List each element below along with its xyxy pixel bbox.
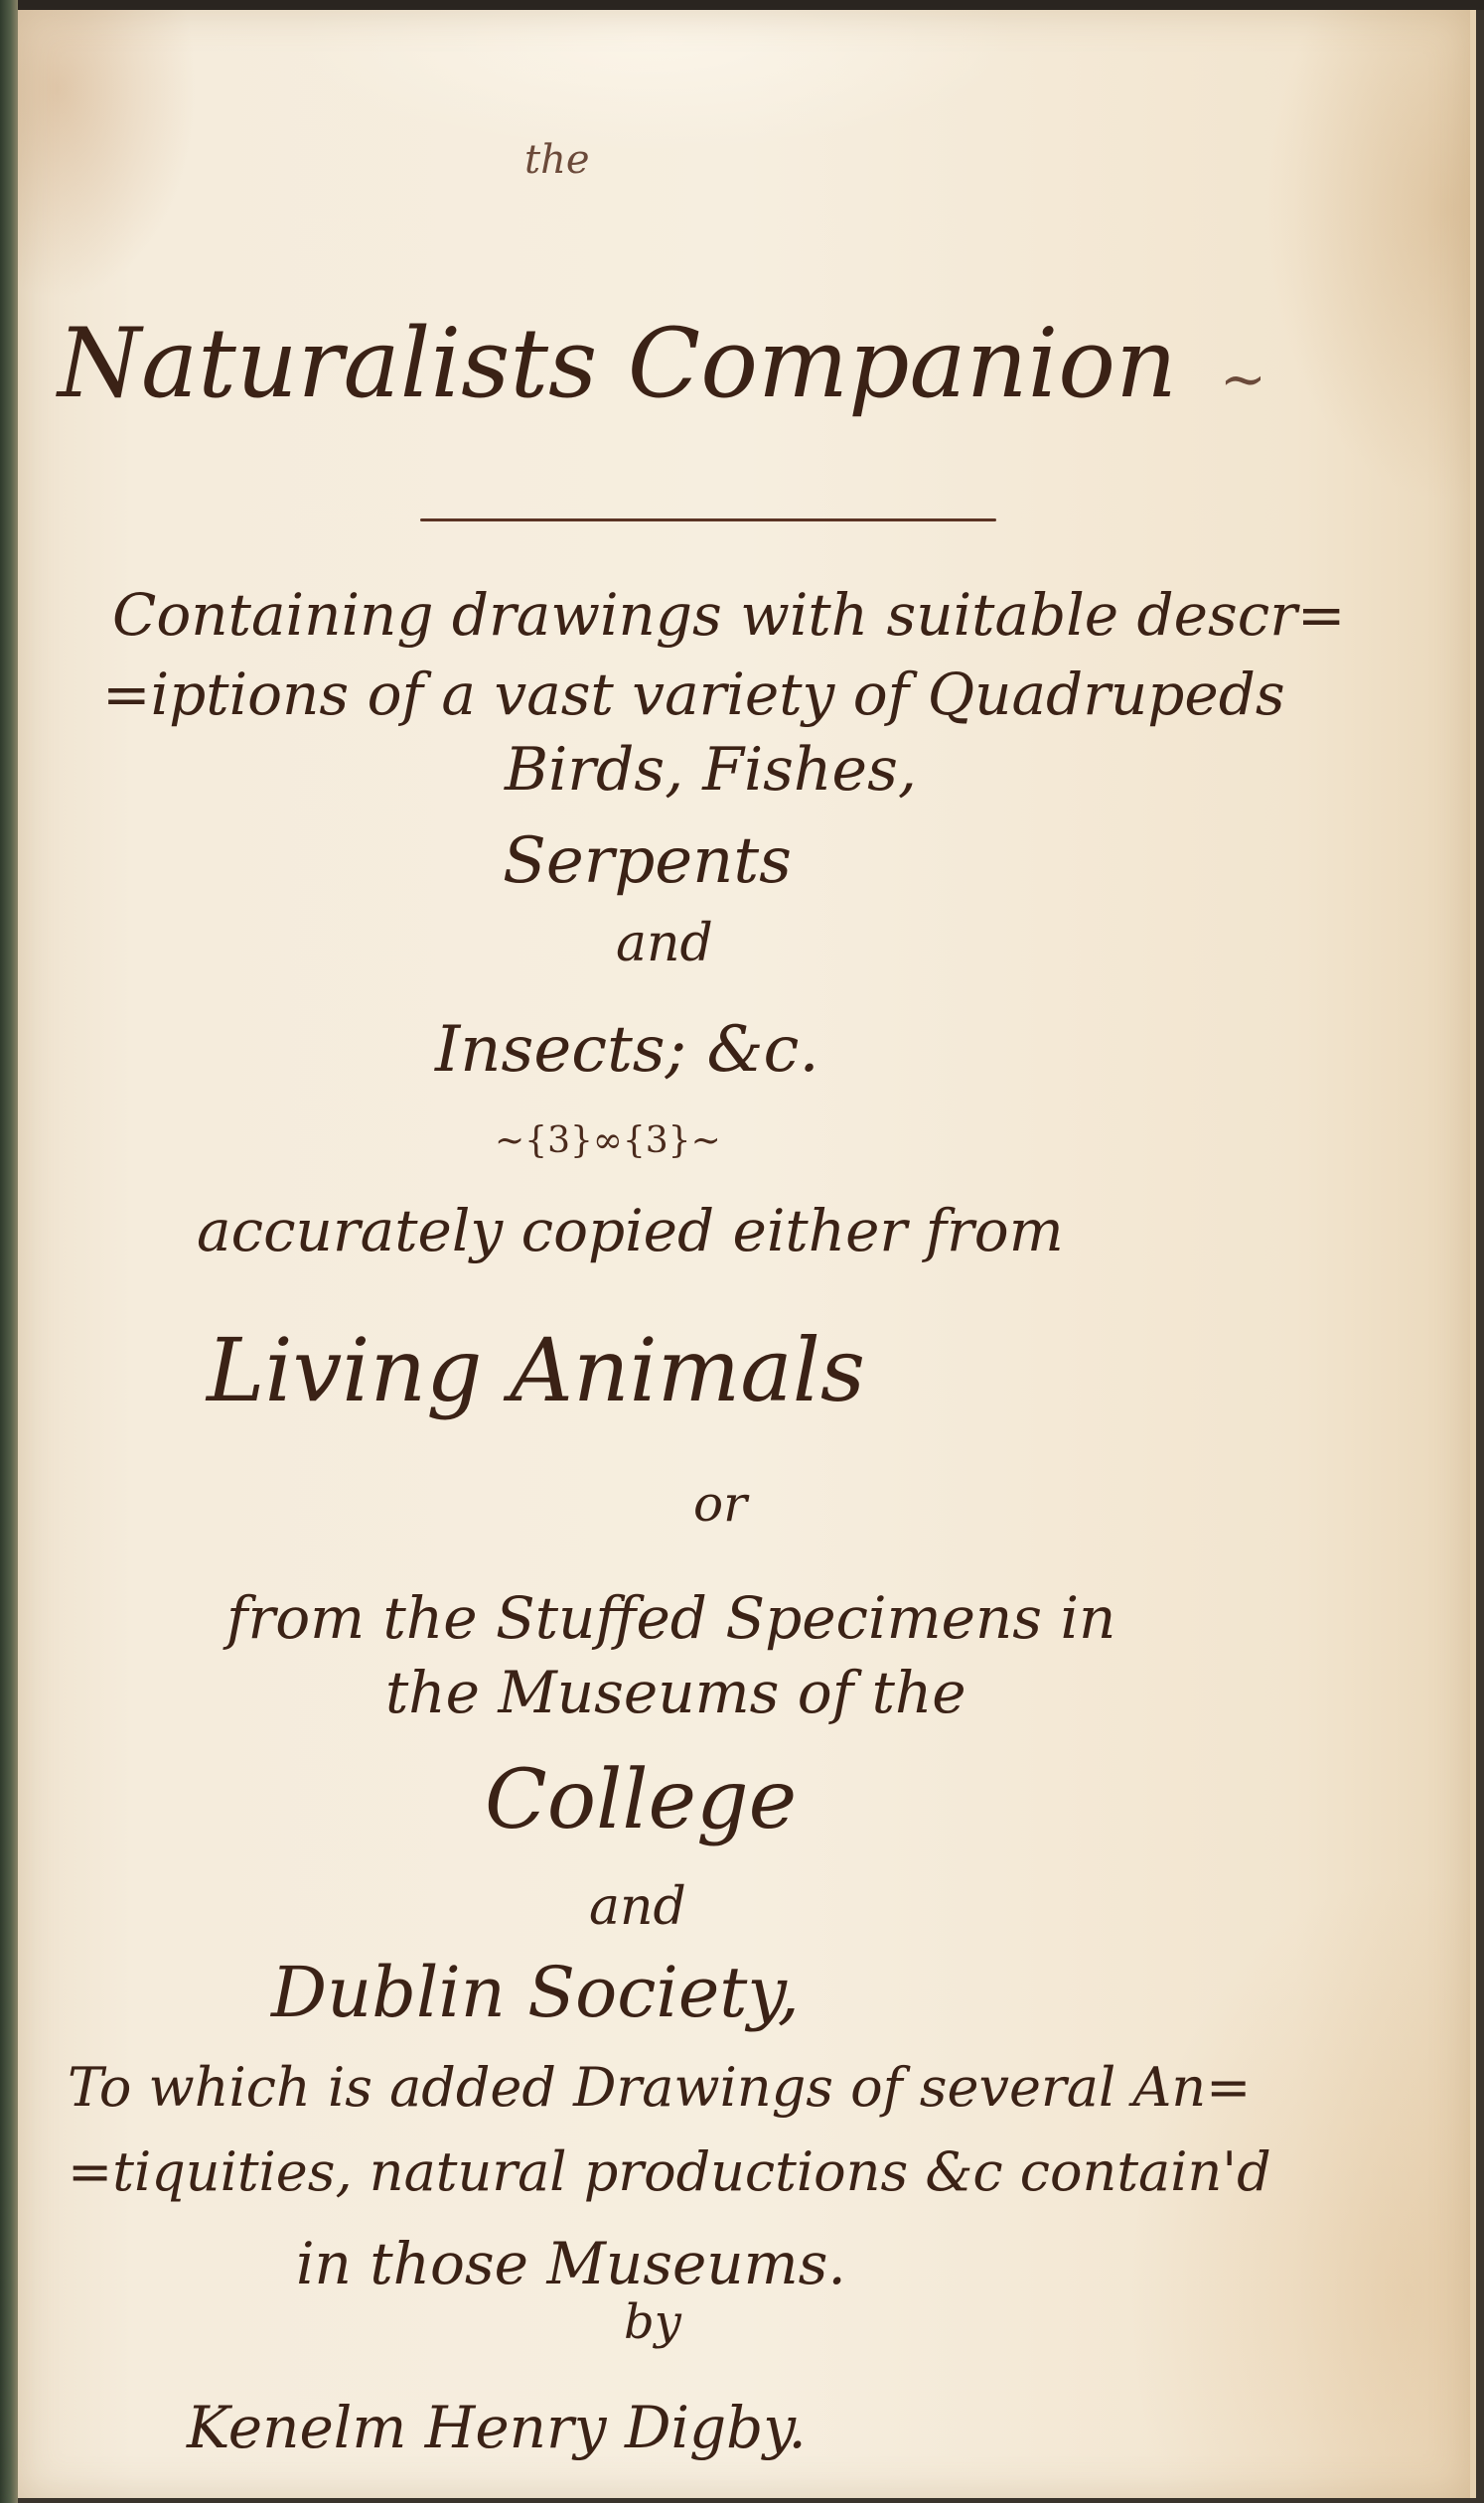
line-insects: Insects; &c. [435, 1013, 819, 1087]
line-living-animals: Living Animals [207, 1319, 865, 1421]
ornamental-divider: ~{3}∞{3}~ [495, 1120, 721, 1161]
line-museums-of-the: the Museums of the [385, 1659, 966, 1726]
line-dublin-society: Dublin Society, [271, 1952, 800, 2033]
line-in-those-museums: in those Museums. [296, 2230, 846, 2297]
line-to-which: To which is added Drawings of several An… [68, 2056, 1251, 2119]
book-top-edge [0, 0, 1484, 10]
line-and-1: and [616, 914, 713, 973]
line-stuffed-specimens: from the Stuffed Specimens in [226, 1584, 1115, 1652]
top-mark: the [524, 137, 590, 183]
page-title: Naturalists Companion [58, 308, 1177, 419]
line-or: or [693, 1475, 747, 1533]
title-underline-rule [420, 518, 996, 521]
line-college: College [485, 1753, 797, 1847]
line-serpents: Serpents [503, 824, 792, 898]
manuscript-page: the Naturalists Companion ~ Containing d… [18, 10, 1476, 2498]
line-accurately: accurately copied either from [197, 1197, 1064, 1264]
line-descriptions: =iptions of a vast variety of Quadrupeds [102, 661, 1285, 728]
line-containing: Containing drawings with suitable descr= [112, 581, 1346, 649]
line-birds-fishes: Birds, Fishes, [505, 735, 917, 805]
line-antiquities: =tiquities, natural productions &c conta… [68, 2140, 1271, 2203]
line-and-2: and [589, 1877, 686, 1937]
author-signature: Kenelm Henry Digby. [187, 2394, 807, 2461]
title-flourish: ~ [1220, 348, 1266, 412]
book-spine-edge [0, 0, 18, 2503]
line-by: by [624, 2294, 681, 2350]
